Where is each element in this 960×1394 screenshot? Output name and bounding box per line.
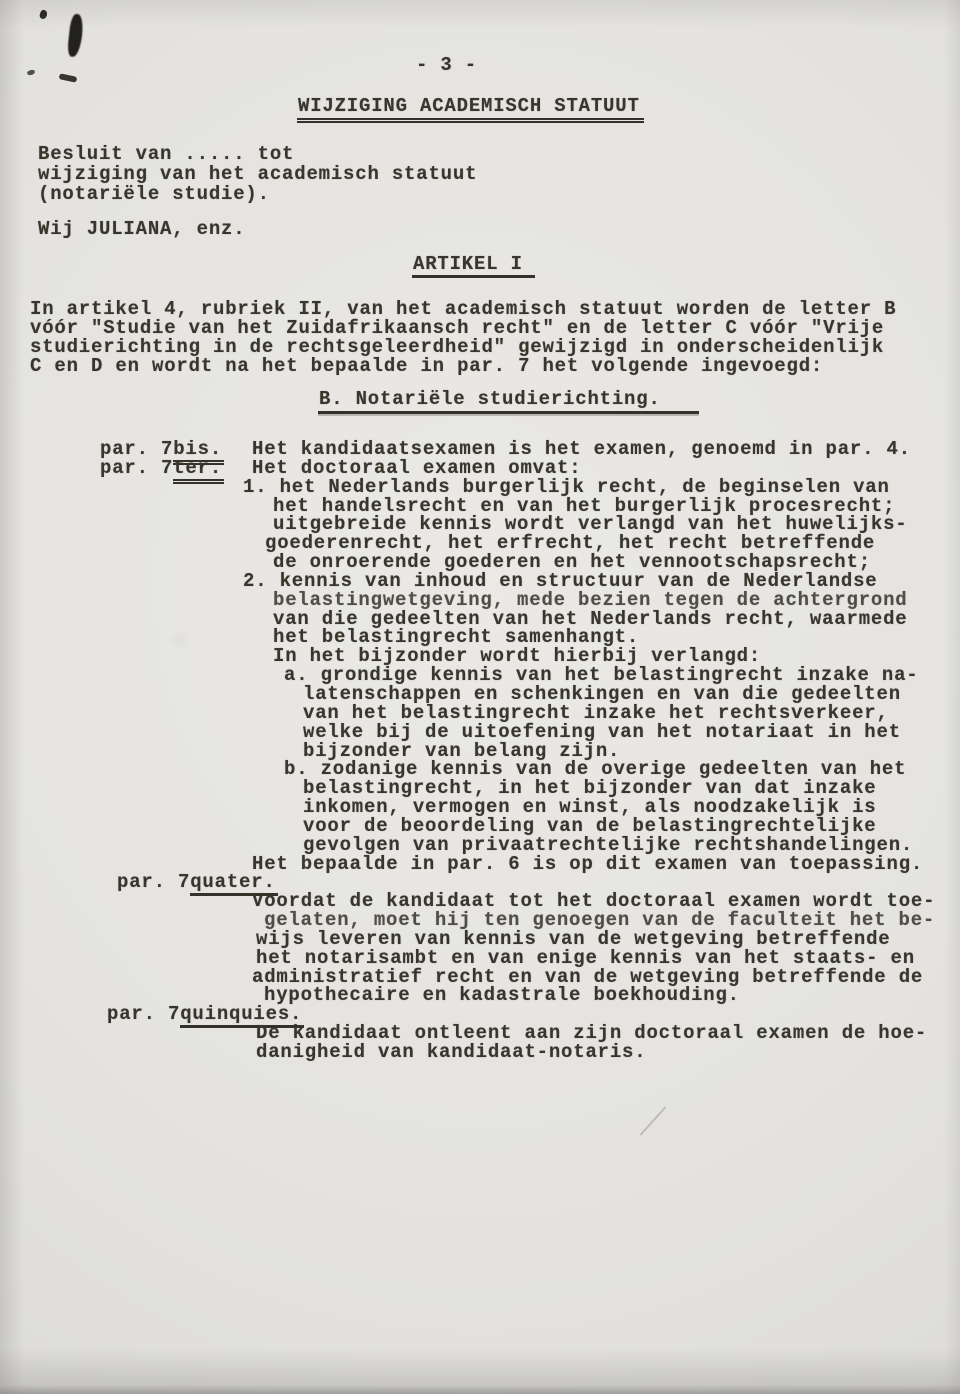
label-prefix: par. 7	[107, 1003, 180, 1025]
body-line: het notarisambt en van enige kennis van …	[256, 949, 915, 968]
article-heading: ARTIKEL I	[412, 255, 535, 278]
ink-mark-small-1	[26, 69, 35, 76]
decree-intro: Besluit van ..... tot wijziging van het …	[38, 144, 477, 204]
par-row: par. 7ter. Het doctoraal examen omvat:	[0, 459, 960, 478]
body-line: welke bij de uitoefening van het notaria…	[303, 723, 901, 742]
page-number: - 3 -	[416, 56, 477, 75]
text-row: welke bij de uitoefening van het notaria…	[0, 723, 960, 742]
text-row: 2. kennis van inhoud en structuur van de…	[0, 572, 960, 591]
label-period: .	[210, 457, 222, 479]
text-row: danigheid van kandidaat-notaris.	[0, 1043, 960, 1062]
body-line: Het doctoraal examen omvat:	[252, 459, 581, 478]
intro-line: Besluit van ..... tot	[38, 144, 477, 164]
text-row: voor de beoordeling van de belastingrech…	[0, 817, 960, 836]
section-heading: B. Notariële studierichting.	[318, 390, 699, 414]
body-line: van het belastingrecht inzake het rechts…	[303, 704, 889, 723]
text-row: het notarisambt en van enige kennis van …	[0, 949, 960, 968]
article-body: In artikel 4, rubriek II, van het academ…	[30, 300, 896, 376]
intro-line: (notariële studie).	[38, 184, 477, 204]
label-keyword: ter	[173, 457, 210, 479]
article-body-line: C en D en wordt na het bepaalde in par. …	[30, 357, 896, 376]
text-row: van het belastingrecht inzake het rechts…	[0, 704, 960, 723]
document-page: - 3 - WIJZIGING ACADEMISCH STATUUT Beslu…	[0, 0, 960, 1394]
text-row: latenschappen en schenkingen en van die …	[0, 685, 960, 704]
body-line: Het bepaalde in par. 6 is op dit examen …	[252, 855, 923, 874]
label-prefix: par. 7	[117, 871, 190, 893]
intro-line: wijziging van het academisch statuut	[38, 164, 477, 184]
text-row: 1. het Nederlands burgerlijk recht, de b…	[0, 478, 960, 497]
body-line: danigheid van kandidaat-notaris.	[256, 1043, 646, 1062]
document-title: WIJZIGING ACADEMISCH STATUUT	[297, 97, 644, 123]
body-line: 1. het Nederlands burgerlijk recht, de b…	[243, 478, 890, 497]
label-prefix: par. 7	[100, 457, 173, 479]
body-line: hypothecaire en kadastrale boekhouding.	[264, 986, 740, 1005]
paragraph-rows: par. 7bis. Het kandidaatsexamen is het e…	[0, 440, 960, 1062]
ink-mark-dot	[39, 9, 49, 20]
text-row: gevolgen van privaatrechtelijke rechtsha…	[0, 836, 960, 855]
scratch-mark	[640, 1106, 667, 1136]
text-row: belastingwetgeving, mede bezien tegen de…	[0, 591, 960, 610]
ink-mark-stroke	[67, 13, 84, 57]
text-row: wijs leveren van kennis van de wetgeving…	[0, 930, 960, 949]
salutation: Wij JULIANA, enz.	[38, 220, 245, 239]
body-line: belastingwetgeving, mede bezien tegen de…	[273, 591, 908, 610]
body-line: gevolgen van privaatrechtelijke rechtsha…	[303, 836, 913, 855]
ink-mark-small-2	[59, 73, 78, 83]
